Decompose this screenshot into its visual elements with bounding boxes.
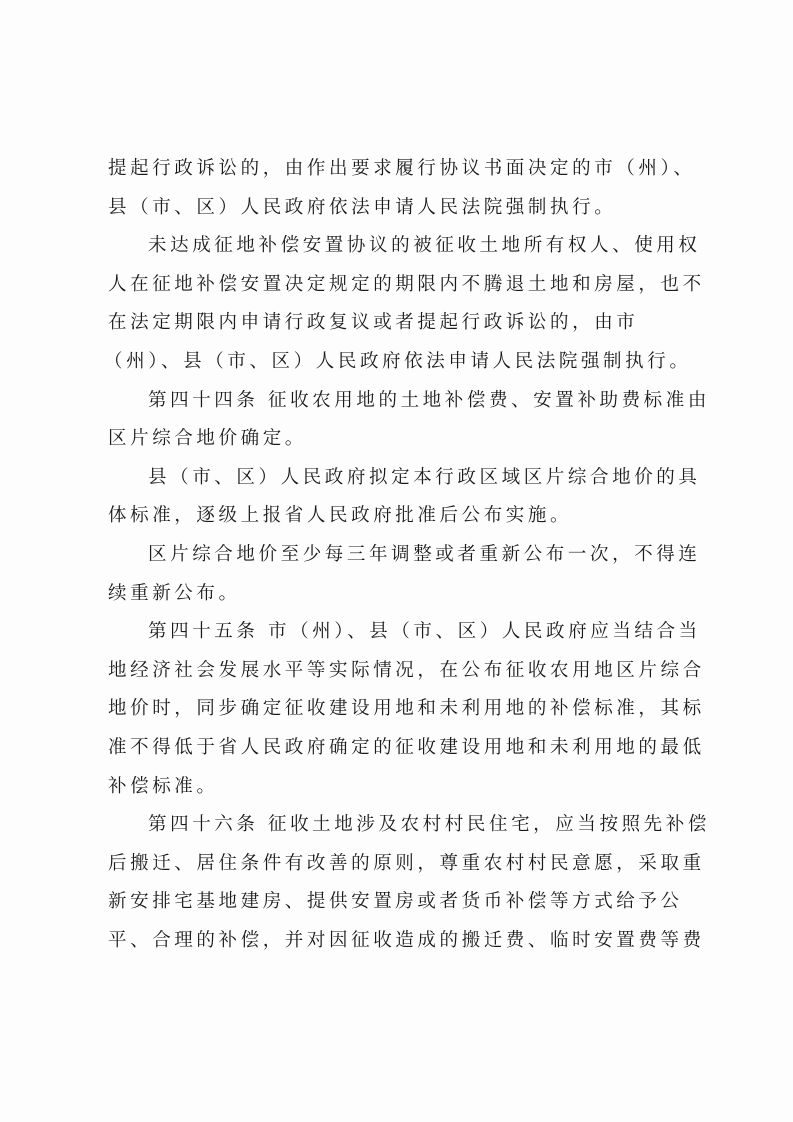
text-line: 续重新公布。: [108, 575, 688, 614]
paragraph-start-line: 区片综合地价至少每三年调整或者重新公布一次，不得连: [108, 536, 688, 575]
text-line: 后搬迁、居住条件有改善的原则，尊重农村村民意愿，采取重: [108, 845, 688, 884]
text-line: 新安排宅基地建房、提供安置房或者货币补偿等方式给予公: [108, 883, 688, 922]
paragraph-start-line: 县（市、区）人民政府拟定本行政区域区片综合地价的具: [108, 459, 688, 498]
text-line: 县（市、区）人民政府依法申请人民法院强制执行。: [108, 189, 688, 228]
text-line: 补偿标准。: [108, 768, 688, 807]
document-page: 提起行政诉讼的，由作出要求履行协议书面决定的市（州）、 县（市、区）人民政府依法…: [108, 150, 688, 960]
text-line: 体标准，逐级上报省人民政府批准后公布实施。: [108, 497, 688, 536]
text-line: 提起行政诉讼的，由作出要求履行协议书面决定的市（州）、: [108, 150, 688, 189]
article-46-heading-line: 第四十六条 征收土地涉及农村村民住宅，应当按照先补偿: [108, 806, 688, 845]
text-line: 人在征地补偿安置决定规定的期限内不腾退土地和房屋，也不: [108, 266, 688, 305]
text-line: 平、合理的补偿，并对因征收造成的搬迁费、临时安置费等费: [108, 922, 688, 961]
text-line: （州）、县（市、区）人民政府依法申请人民法院强制执行。: [104, 343, 688, 382]
text-line: 区片综合地价确定。: [108, 420, 688, 459]
text-line: 在法定期限内申请行政复议或者提起行政诉讼的，由市: [108, 304, 688, 343]
text-line: 地价时，同步确定征收建设用地和未利用地的补偿标准，其标: [108, 690, 688, 729]
article-44-heading-line: 第四十四条 征收农用地的土地补偿费、安置补助费标准由: [108, 382, 688, 421]
paragraph-start-line: 未达成征地补偿安置协议的被征收土地所有权人、使用权: [108, 227, 688, 266]
text-line: 准不得低于省人民政府确定的征收建设用地和未利用地的最低: [108, 729, 688, 768]
text-line: 地经济社会发展水平等实际情况，在公布征收农用地区片综合: [108, 652, 688, 691]
article-45-heading-line: 第四十五条 市（州）、县（市、区）人民政府应当结合当: [108, 613, 688, 652]
